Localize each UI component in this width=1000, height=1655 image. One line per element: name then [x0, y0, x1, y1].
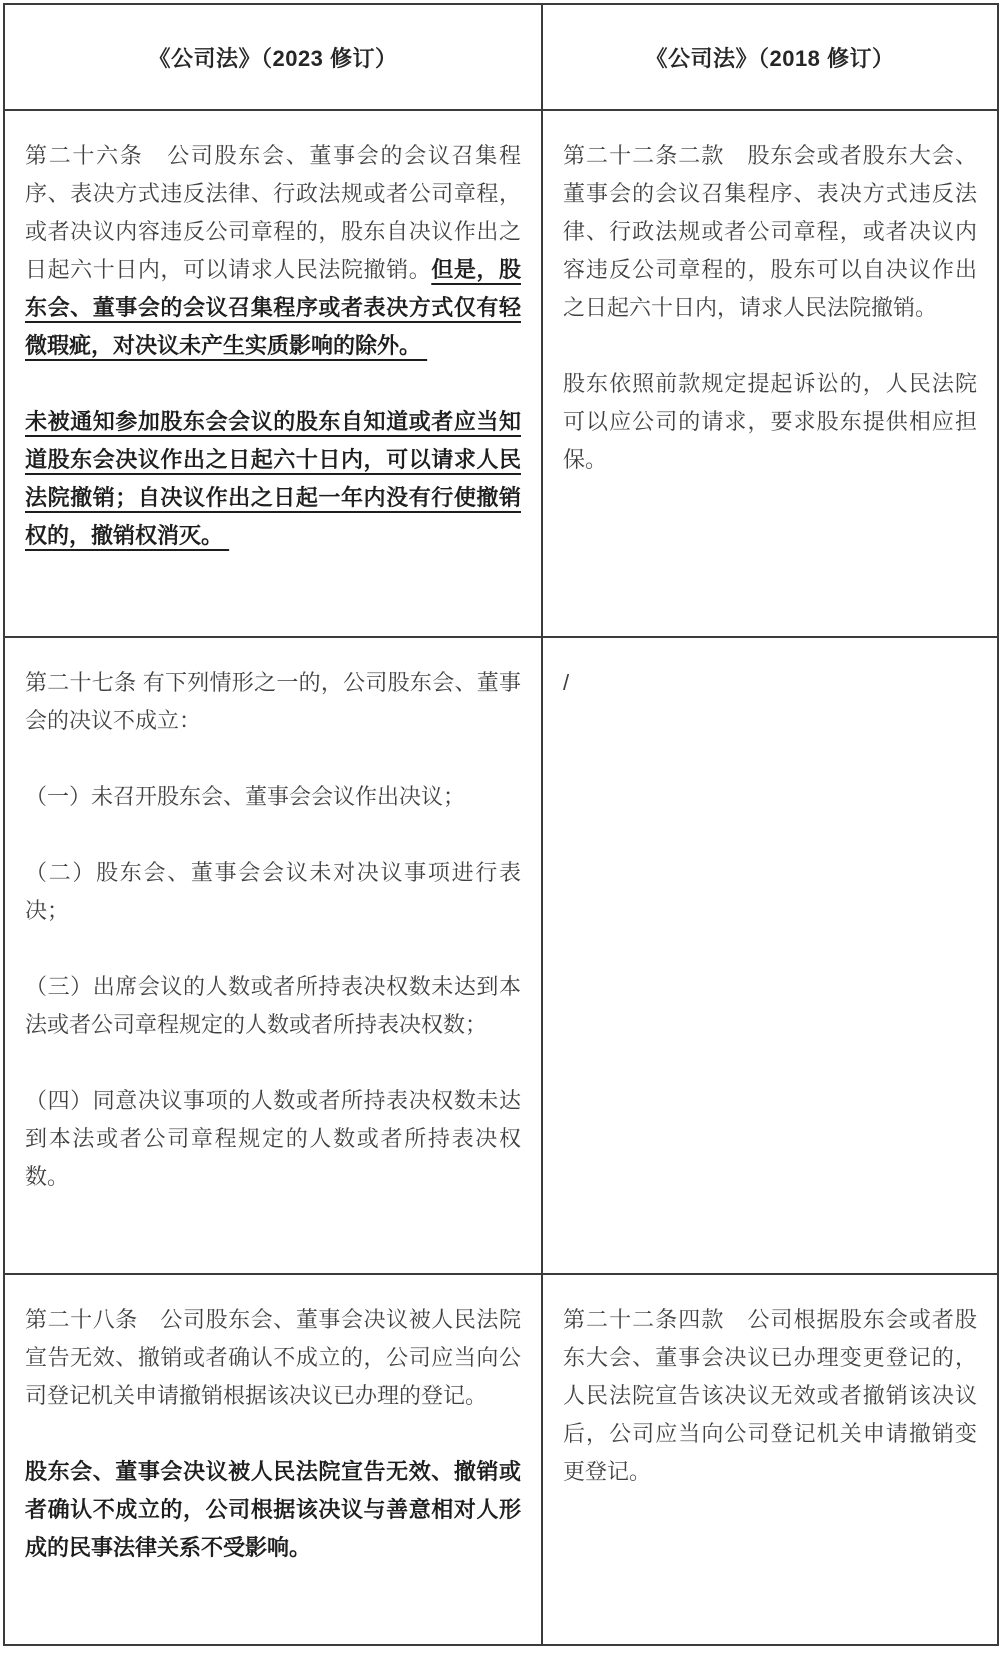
table-cell-left: 第二十八条 公司股东会、董事会决议被人民法院宣告无效、撤销或者确认不成立的，公司… — [4, 1274, 542, 1645]
document-page: 《公司法》（2023 修订） 《公司法》（2018 修订） 第二十六条 公司股东… — [0, 0, 1000, 1655]
paragraph: 第二十二条二款 股东会或者股东大会、董事会的会议召集程序、表决方式违反法律、行政… — [563, 137, 977, 327]
table-cell-left: 第二十七条 有下列情形之一的，公司股东会、董事会的决议不成立：（一）未召开股东会… — [4, 637, 542, 1274]
text-run-normal: 股东依照前款规定提起诉讼的，人民法院可以应公司的请求，要求股东提供相应担保。 — [563, 371, 977, 472]
table-cell-right: 第二十二条四款 公司根据股东会或者股东大会、董事会决议已办理变更登记的，人民法院… — [542, 1274, 998, 1645]
text-run-normal: （一）未召开股东会、董事会会议作出决议； — [25, 784, 465, 809]
table-cell-right: / — [542, 637, 998, 1274]
paragraph: 股东依照前款规定提起诉讼的，人民法院可以应公司的请求，要求股东提供相应担保。 — [563, 365, 977, 479]
table-cell-left: 第二十六条 公司股东会、董事会的会议召集程序、表决方式违反法律、行政法规或者公司… — [4, 110, 542, 637]
text-run-normal: 第二十七条 有下列情形之一的，公司股东会、董事会的决议不成立： — [25, 670, 521, 733]
paragraph: 未被通知参加股东会会议的股东自知道或者应当知道股东会决议作出之日起六十日内，可以… — [25, 403, 521, 555]
paragraph: 第二十七条 有下列情形之一的，公司股东会、董事会的决议不成立： — [25, 664, 521, 740]
paragraph: 第二十六条 公司股东会、董事会的会议召集程序、表决方式违反法律、行政法规或者公司… — [25, 137, 521, 365]
text-run-normal: （二）股东会、董事会会议未对决议事项进行表决； — [25, 860, 521, 923]
paragraph: （二）股东会、董事会会议未对决议事项进行表决； — [25, 854, 521, 930]
paragraph: 股东会、董事会决议被人民法院宣告无效、撤销或者确认不成立的，公司根据该决议与善意… — [25, 1453, 521, 1567]
header-cell-2023-revision: 《公司法》（2023 修订） — [4, 4, 542, 110]
table-row: 第二十七条 有下列情形之一的，公司股东会、董事会的决议不成立：（一）未召开股东会… — [4, 637, 998, 1274]
table-body: 第二十六条 公司股东会、董事会的会议召集程序、表决方式违反法律、行政法规或者公司… — [4, 110, 998, 1645]
text-run-normal: / — [563, 670, 569, 695]
text-run-normal: （三）出席会议的人数或者所持表决权数未达到本法或者公司章程规定的人数或者所持表决… — [25, 974, 521, 1037]
paragraph: / — [563, 664, 977, 702]
text-run-bold-underline: 未被通知参加股东会会议的股东自知道或者应当知道股东会决议作出之日起六十日内，可以… — [25, 409, 521, 548]
text-run-normal: 第二十八条 公司股东会、董事会决议被人民法院宣告无效、撤销或者确认不成立的，公司… — [25, 1307, 521, 1408]
paragraph: （四）同意决议事项的人数或者所持表决权数未达到本法或者公司章程规定的人数或者所持… — [25, 1082, 521, 1196]
text-run-normal: 第二十二条二款 股东会或者股东大会、董事会的会议召集程序、表决方式违反法律、行政… — [563, 143, 977, 320]
text-run-normal: （四）同意决议事项的人数或者所持表决权数未达到本法或者公司章程规定的人数或者所持… — [25, 1088, 521, 1189]
paragraph: （一）未召开股东会、董事会会议作出决议； — [25, 778, 521, 816]
text-run-normal: 第二十二条四款 公司根据股东会或者股东大会、董事会决议已办理变更登记的，人民法院… — [563, 1307, 977, 1484]
header-row: 《公司法》（2023 修订） 《公司法》（2018 修订） — [4, 4, 998, 110]
table-cell-right: 第二十二条二款 股东会或者股东大会、董事会的会议召集程序、表决方式违反法律、行政… — [542, 110, 998, 637]
paragraph: 第二十二条四款 公司根据股东会或者股东大会、董事会决议已办理变更登记的，人民法院… — [563, 1301, 977, 1491]
table-row: 第二十八条 公司股东会、董事会决议被人民法院宣告无效、撤销或者确认不成立的，公司… — [4, 1274, 998, 1645]
paragraph: 第二十八条 公司股东会、董事会决议被人民法院宣告无效、撤销或者确认不成立的，公司… — [25, 1301, 521, 1415]
text-run-bold: 股东会、董事会决议被人民法院宣告无效、撤销或者确认不成立的，公司根据该决议与善意… — [25, 1459, 521, 1560]
header-cell-2018-revision: 《公司法》（2018 修订） — [542, 4, 998, 110]
law-comparison-table: 《公司法》（2023 修订） 《公司法》（2018 修订） 第二十六条 公司股东… — [3, 3, 999, 1646]
paragraph: （三）出席会议的人数或者所持表决权数未达到本法或者公司章程规定的人数或者所持表决… — [25, 968, 521, 1044]
table-row: 第二十六条 公司股东会、董事会的会议召集程序、表决方式违反法律、行政法规或者公司… — [4, 110, 998, 637]
